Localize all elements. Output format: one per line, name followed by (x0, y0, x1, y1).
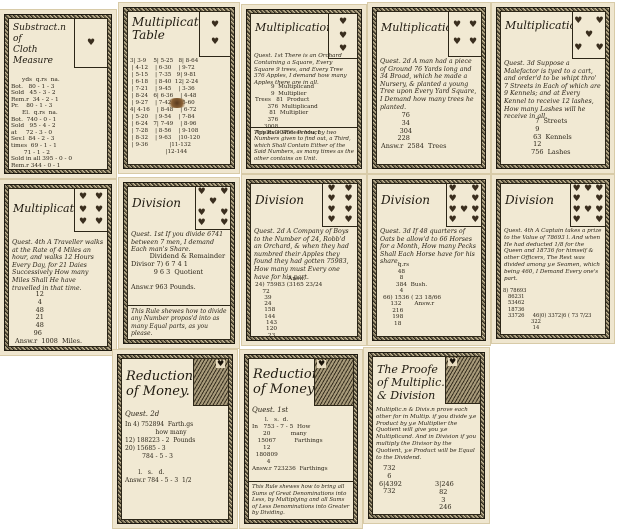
heart-icon: ♥ (220, 219, 228, 228)
card-face: Division ♥ ♥ ♥ ♥ ♥ ♥ ♥ Quest. 1st If you… (127, 186, 231, 340)
heart-icon: ♥ (327, 216, 335, 225)
heart-icon: ♥ (449, 216, 457, 225)
card-seven-of-hearts: Division ♥ ♥ ♥ ♥ ♥ ♥ ♥ Quest. 1st If you… (119, 178, 239, 348)
pip-box: ♥ ♥ ♥ ♥ ♥ (572, 12, 605, 59)
calculation: 76 34 304 228 Answ.r 2584 Trees (381, 112, 446, 151)
calculation: Dividend & Remainder Divisor 7) 6 7 4 1 … (131, 253, 225, 292)
heart-icon: ♥ (95, 193, 103, 202)
knave-portrait: ♥ (193, 359, 228, 406)
question-text: Quest. 2d A Company of Boys to the Numbe… (254, 228, 354, 281)
card-four-of-hearts: Multiplication ♥ ♥ ♥ ♥ Quest. 2d A man h… (368, 3, 490, 173)
heart-icon: ♥ (585, 31, 593, 40)
pip-box: ♥ ♥ ♥ ♥ (448, 12, 481, 57)
question-text: Quest. 1st If you divide 6741 between 7 … (131, 231, 227, 254)
card-title: Multiplication (255, 22, 333, 34)
card-face: Multiplication ♥ ♥ ♥ Quest. 1st There is… (250, 13, 358, 165)
multiplication-table: 3| 3-9 5| 5-25 8| 8-64 | 4-12 | 6-30 | 9… (130, 58, 200, 156)
heart-icon: ♥ (79, 206, 87, 215)
calculation: l. s. d. In 753 - 7 - 5 How 20 many 1506… (252, 417, 328, 473)
heart-icon: ♥ (449, 195, 457, 204)
card-ace-of-hearts: Substract.n of Cloth Measure ♥ yds q.rs … (0, 10, 116, 178)
heart-icon: ♥ (79, 193, 87, 202)
card-face: Substract.n of Cloth Measure ♥ yds q.rs … (8, 18, 108, 170)
heart-icon: ♥ (198, 188, 206, 197)
card-title: Substract.n of Cloth Measure (13, 23, 73, 67)
card-face: Division ♥ ♥ ♥ ♥ ♥ ♥ ♥ ♥ Quest. 2d A Com… (250, 183, 358, 337)
card-eight-of-hearts: Division ♥ ♥ ♥ ♥ ♥ ♥ ♥ ♥ Quest. 2d A Com… (242, 175, 366, 345)
question-label: Quest. 1st (252, 407, 350, 415)
heart-icon: ♥ (469, 38, 477, 47)
heart-icon: ♥ (584, 206, 592, 215)
heart-icon: ♥ (471, 206, 479, 215)
card-three-of-hearts: Multiplication ♥ ♥ ♥ Quest. 1st There is… (242, 5, 366, 173)
heart-icon: ♥ (471, 185, 479, 194)
calculation-left: 732 6 6|4392 732 (379, 465, 402, 496)
calculation: 8) 78693 86231 53462 18736 33726 46|0) 3… (503, 288, 592, 331)
card-six-of-hearts: Multiplication ♥ ♥ ♥ ♥ ♥ ♥ Quest. 4th A … (0, 180, 116, 355)
card-king-of-hearts: The Proofe of Multiplic.n & Division ♥ M… (364, 348, 489, 523)
heart-icon: ♥ (573, 195, 581, 204)
pip-box: ♥ ♥ ♥ ♥ ♥ ♥ ♥ ♥ (322, 184, 357, 227)
calculation: 7 Streets 9 63 Kennels 12 756 Lashes (529, 118, 572, 157)
heart-icon: ♥ (595, 185, 603, 194)
king-portrait: ♥ (445, 357, 480, 404)
question-text: Quest. 2d A man had a piece of Ground 76… (380, 58, 478, 111)
heart-icon: ♥ (596, 44, 604, 53)
heart-icon: ♥ (573, 185, 581, 194)
heart-icon: ♥ (344, 206, 352, 215)
card-face: Multiplication ♥ ♥ ♥ ♥ ♥ ♥ Quest. 4th A … (8, 188, 108, 347)
heart-icon: ♥ (198, 219, 206, 228)
card-title: Division (132, 197, 181, 210)
heart-icon: ♥ (327, 185, 335, 194)
heart-icon: ♥ (596, 17, 604, 26)
card-five-of-hearts: Multiplication ♥ ♥ ♥ ♥ ♥ Quest. 3d Suppo… (492, 3, 614, 173)
heart-icon: ♥ (471, 195, 479, 204)
card-face: The Proofe of Multiplic.n & Division ♥ M… (372, 356, 481, 515)
card-face: Division ♥ ♥ ♥ ♥ ♥ ♥ ♥ ♥ ♥ ♥ Quest. 4th … (500, 183, 606, 335)
heart-icon: ♥ (95, 206, 103, 215)
heart-icon: ♥ (339, 32, 347, 41)
rule-box: This Rule Shewes how, by two Numbers giv… (251, 127, 357, 165)
card-ten-of-hearts: Division ♥ ♥ ♥ ♥ ♥ ♥ ♥ ♥ ♥ ♥ Quest. 4th … (492, 175, 614, 343)
heart-icon: ♥ (211, 38, 219, 47)
question-text: Quest. 4th A Captain takes a prize to th… (504, 228, 602, 282)
calculation: In 4) 752894 Farth.gs how many 12) 18822… (125, 421, 195, 485)
calculation: 12 4 48 21 48 96 Answ.r 1008 Miles. (15, 291, 82, 346)
heart-icon: ♥ (595, 216, 603, 225)
card-title: Division (505, 194, 554, 207)
calculation-right: 3|246 82 3 246 (435, 481, 454, 512)
heart-icon: ♥ (574, 17, 582, 26)
heart-icon: ♥ (344, 185, 352, 194)
card-title: Division (381, 194, 430, 207)
card-face: Reduction of Money. ♥ Quest. 2d In 4) 75… (121, 358, 229, 520)
heart-icon: ♥ (95, 218, 103, 227)
heart-icon: ♥ (449, 185, 457, 194)
heart-icon: ♥ (584, 185, 592, 194)
pip-box: ♥ ♥ ♥ ♥ ♥ ♥ ♥ (195, 187, 230, 230)
heart-icon: ♥ (220, 209, 228, 218)
heart-icon: ♥ (595, 195, 603, 204)
heart-icon: ♥ (87, 39, 95, 48)
calculation: q.rs 48 8 384 Bush. 4 66) 1536 ( 23 18/6… (383, 262, 441, 327)
card-title: Division (255, 194, 304, 207)
card-face: Multiplication Table ♥ ♥ 3| 3-9 5| 5-25 … (127, 11, 231, 165)
card-face: Reduction of Money ♥ Quest. 1st l. s. d.… (248, 358, 354, 520)
pip-box: ♥ ♥ (199, 12, 230, 57)
heart-icon: ♥ (449, 206, 457, 215)
heart-icon: ♥ (220, 188, 228, 197)
pip-box: ♥ ♥ ♥ ♥ ♥ ♥ ♥ ♥ ♥ (446, 184, 481, 227)
card-title: Reduction of Money (253, 367, 320, 397)
heart-icon: ♥ (339, 18, 347, 27)
card-knave-of-hearts: Reduction of Money. ♥ Quest. 2d In 4) 75… (113, 350, 237, 528)
pip-box: ♥ (74, 19, 107, 68)
heart-icon: ♥ (209, 198, 217, 207)
calculation: Answ. 24) 75983 (3165 23/24 72 39 24 158… (255, 276, 322, 337)
heart-icon: ♥ (453, 21, 461, 30)
heart-icon: ♥ (211, 21, 219, 30)
question-label: Quest. 2d (125, 411, 225, 419)
heart-icon: ♥ (460, 206, 468, 215)
rule-box: This Rule shewes how to bring all Sums o… (249, 481, 353, 519)
ink-stain (166, 98, 188, 108)
heart-icon: ♥ (469, 21, 477, 30)
card-two-of-hearts: Multiplication Table ♥ ♥ 3| 3-9 5| 5-25 … (119, 3, 239, 173)
heart-icon: ♥ (327, 206, 335, 215)
question-text: Quest. 4th A Traveller walks at the Rate… (12, 239, 104, 292)
question-text: Quest. 1st There is an Orchard Containin… (254, 53, 354, 87)
heart-icon: ♥ (453, 38, 461, 47)
heart-icon: ♥ (595, 206, 603, 215)
pip-box: ♥ ♥ ♥ ♥ ♥ ♥ ♥ ♥ ♥ ♥ (570, 184, 605, 227)
card-face: Multiplication ♥ ♥ ♥ ♥ ♥ Quest. 3d Suppo… (500, 11, 606, 165)
heart-icon: ♥ (574, 44, 582, 53)
heart-icon: ♥ (216, 360, 225, 368)
proof-text: Multiplic.n & Divis.n prove each other f… (376, 407, 477, 461)
heart-icon: ♥ (573, 206, 581, 215)
heart-icon: ♥ (198, 209, 206, 218)
card-title: The Proofe of Multiplic.n & Division (377, 363, 452, 402)
card-face: Division ♥ ♥ ♥ ♥ ♥ ♥ ♥ ♥ ♥ Quest. 3d If … (376, 183, 482, 337)
rule-box: This Rule shewes how to divide any Numbe… (128, 305, 230, 339)
heart-icon: ♥ (317, 360, 326, 368)
heart-icon: ♥ (573, 216, 581, 225)
card-nine-of-hearts: Division ♥ ♥ ♥ ♥ ♥ ♥ ♥ ♥ ♥ Quest. 3d If … (368, 175, 490, 345)
question-text: Quest. 3d Suppose a Malefactor is tyed t… (504, 60, 602, 121)
calculation: yds q.rs na. Bot. 80 - 1 - 3 Sold 45 - 3… (11, 77, 72, 170)
heart-icon: ♥ (471, 216, 479, 225)
heart-icon: ♥ (344, 216, 352, 225)
heart-icon: ♥ (327, 195, 335, 204)
card-title: Reduction of Money. (126, 369, 193, 399)
heart-icon: ♥ (448, 358, 457, 366)
question-text: Quest. 3d If 48 quarters of Oats be allo… (380, 228, 478, 266)
queen-portrait: ♥ (314, 359, 353, 406)
heart-icon: ♥ (344, 195, 352, 204)
heart-icon: ♥ (79, 218, 87, 227)
card-face: Multiplication ♥ ♥ ♥ ♥ Quest. 2d A man h… (376, 11, 482, 165)
card-queen-of-hearts: Reduction of Money ♥ Quest. 1st l. s. d.… (240, 350, 362, 528)
pip-box: ♥ ♥ ♥ ♥ ♥ ♥ (74, 189, 107, 232)
